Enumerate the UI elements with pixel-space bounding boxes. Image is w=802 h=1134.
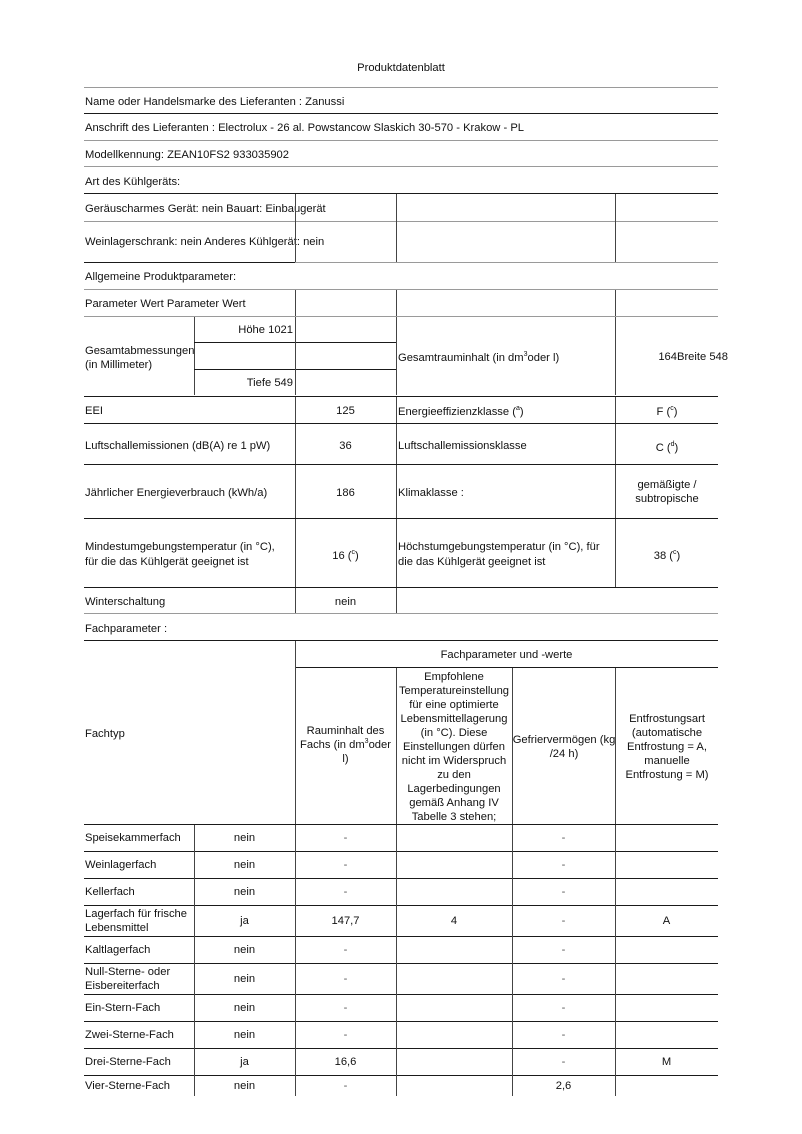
grid-line <box>295 1075 296 1096</box>
energy-class-value: F (c) <box>616 405 718 419</box>
winter-value: nein <box>295 595 396 609</box>
divider <box>84 221 718 222</box>
divider <box>84 640 718 641</box>
grid-line <box>396 317 397 395</box>
grid-line <box>615 936 616 963</box>
grid-line <box>295 851 296 878</box>
table-cell-temp <box>396 936 512 963</box>
table-cell-type: Ein-Stern-Fach <box>85 994 193 1021</box>
table-cell-present: nein <box>194 825 295 851</box>
param-header-row: Parameter Wert Parameter Wert <box>85 297 246 311</box>
col-header-temp: Empfohlene Temperatureinstellung für ein… <box>396 670 512 824</box>
grid-line <box>295 936 296 963</box>
col-header-type: Fachtyp <box>85 727 125 741</box>
table-cell-freeze: - <box>512 851 615 878</box>
grid-line <box>194 1048 195 1075</box>
table-cell-volume: - <box>295 851 396 878</box>
table-cell-freeze: - <box>512 825 615 851</box>
grid-line <box>512 936 513 963</box>
table-cell-volume: - <box>295 825 396 851</box>
noise-label: Luftschallemissionen (dB(A) re 1 pW) <box>85 439 270 453</box>
table-cell-type: Drei-Sterne-Fach <box>85 1048 193 1075</box>
min-temp-value: 16 (c) <box>295 549 396 563</box>
grid-line <box>615 668 616 824</box>
table-cell-temp <box>396 994 512 1021</box>
climate-class-value-2: subtropische <box>616 492 718 506</box>
table-cell-present: ja <box>194 1048 295 1075</box>
appliance-type-row-1: Geräuscharmes Gerät: nein Bauart: Einbau… <box>85 202 326 216</box>
col-header-volume: Rauminhalt des Fachs (in dm3oder l) <box>297 724 394 766</box>
table-cell-defrost: A <box>615 905 718 936</box>
table-cell-present: nein <box>194 1021 295 1048</box>
divider <box>84 193 718 194</box>
grid-line <box>396 194 397 262</box>
table-cell-temp <box>396 963 512 994</box>
grid-line <box>396 963 397 994</box>
grid-line <box>512 668 513 824</box>
table-cell-type: Zwei-Sterne-Fach <box>85 1021 193 1048</box>
grid-line <box>512 905 513 936</box>
divider <box>84 262 295 263</box>
climate-class-value-1: gemäßigte / <box>616 478 718 492</box>
table-cell-temp <box>396 878 512 905</box>
total-volume-label: Gesamtrauminhalt (in dm3oder l) <box>398 351 559 365</box>
noise-value: 36 <box>295 439 396 453</box>
grid-line <box>295 963 296 994</box>
annual-energy-value: 186 <box>295 486 396 500</box>
noise-class-value: C (d) <box>616 441 718 455</box>
grid-line <box>512 1048 513 1075</box>
grid-line <box>295 825 296 851</box>
divider <box>84 140 718 141</box>
table-cell-present: nein <box>194 1075 295 1096</box>
table-cell-volume: - <box>295 1021 396 1048</box>
grid-line <box>295 465 296 518</box>
table-cell-defrost <box>615 963 718 994</box>
energy-class-label: Energieeffizienzklasse (a) <box>398 405 524 419</box>
grid-line <box>615 465 616 518</box>
min-temp-label-1: Mindestumgebungstemperatur (in °C), <box>85 540 275 554</box>
table-cell-freeze: 2,6 <box>512 1075 615 1096</box>
col-header-freeze: Gefriervermögen (kg /24 h) <box>512 733 616 761</box>
total-volume-value: 164Breite 548 <box>616 350 728 364</box>
table-cell-volume: - <box>295 994 396 1021</box>
table-cell-defrost <box>615 825 718 851</box>
eei-label: EEI <box>85 404 103 418</box>
table-cell-defrost <box>615 1075 718 1096</box>
table-cell-defrost: M <box>615 1048 718 1075</box>
table-cell-temp <box>396 1075 512 1096</box>
table-cell-present: nein <box>194 878 295 905</box>
table-cell-present: nein <box>194 851 295 878</box>
grid-line <box>615 397 616 424</box>
grid-line <box>615 424 616 465</box>
table-cell-defrost <box>615 878 718 905</box>
table-cell-temp <box>396 1048 512 1075</box>
grid-line <box>295 878 296 905</box>
grid-line <box>396 1075 397 1096</box>
grid-line <box>194 905 195 936</box>
grid-line <box>295 424 296 465</box>
grid-line <box>194 1075 195 1096</box>
supplier-address: Anschrift des Lieferanten : Electrolux -… <box>85 121 524 135</box>
table-cell-type: Kellerfach <box>85 878 193 905</box>
table-cell-volume: 147,7 <box>295 905 396 936</box>
dimension-depth: Tiefe 549 <box>194 376 293 390</box>
table-cell-temp <box>396 851 512 878</box>
grid-line <box>615 290 616 316</box>
grid-line <box>615 905 616 936</box>
table-cell-present: nein <box>194 936 295 963</box>
divider <box>84 518 718 519</box>
grid-line <box>194 1021 195 1048</box>
appliance-type-heading: Art des Kühlgeräts: <box>85 175 180 189</box>
grid-line <box>295 905 296 936</box>
grid-line <box>512 851 513 878</box>
table-cell-temp <box>396 1021 512 1048</box>
table-cell-defrost <box>615 936 718 963</box>
divider <box>84 113 718 114</box>
table-cell-volume: - <box>295 963 396 994</box>
grid-line <box>396 851 397 878</box>
grid-line <box>396 397 397 424</box>
table-cell-temp <box>396 825 512 851</box>
grid-line <box>615 1048 616 1075</box>
grid-line <box>396 825 397 851</box>
grid-line <box>615 194 616 262</box>
grid-line <box>194 825 195 851</box>
table-cell-type: Weinlagerfach <box>85 851 193 878</box>
grid-line <box>615 878 616 905</box>
grid-line <box>396 588 397 614</box>
grid-line <box>396 1021 397 1048</box>
grid-line <box>295 194 296 262</box>
col-header-defrost: Entfrostungsart (automatische Entfrostun… <box>618 712 716 782</box>
grid-line <box>295 994 296 1021</box>
table-cell-type: Kaltlagerfach <box>85 936 193 963</box>
grid-line <box>295 519 296 587</box>
grid-line <box>512 1021 513 1048</box>
grid-line <box>615 1075 616 1096</box>
table-cell-volume: - <box>295 1075 396 1096</box>
grid-line <box>396 905 397 936</box>
divider <box>295 667 718 668</box>
table-cell-defrost <box>615 851 718 878</box>
grid-line <box>512 994 513 1021</box>
max-temp-value: 38 (c) <box>616 549 718 563</box>
grid-line <box>295 1048 296 1075</box>
noise-class-label: Luftschallemissionsklasse <box>398 439 527 453</box>
divider <box>84 396 718 397</box>
climate-class-label: Klimaklasse : <box>398 486 464 500</box>
grid-line <box>615 851 616 878</box>
divider <box>84 87 718 88</box>
min-temp-label-2: für die das Kühlgerät geeignet ist <box>85 555 249 569</box>
table-cell-freeze: - <box>512 963 615 994</box>
grid-line <box>512 1075 513 1096</box>
table-cell-present: ja <box>194 905 295 936</box>
max-temp-label-2: die das Kühlgerät geeignet ist <box>398 555 545 569</box>
grid-line <box>512 878 513 905</box>
grid-line <box>615 963 616 994</box>
grid-line <box>615 825 616 851</box>
grid-line <box>396 465 397 518</box>
divider <box>84 289 718 290</box>
grid-line <box>194 994 195 1021</box>
grid-line <box>615 1021 616 1048</box>
general-params-heading: Allgemeine Produktparameter: <box>85 270 236 284</box>
supplier-name: Name oder Handelsmarke des Lieferanten :… <box>85 95 344 109</box>
appliance-type-row-2: Weinlagerschrank: nein Anderes Kühlgerät… <box>85 235 324 249</box>
grid-line <box>194 851 195 878</box>
table-cell-defrost <box>615 1021 718 1048</box>
dimensions-label: Gesamtabmessungen (in Millimeter) <box>85 344 195 372</box>
grid-line <box>295 1021 296 1048</box>
table-cell-freeze: - <box>512 1048 615 1075</box>
table-cell-type: Vier-Sterne-Fach <box>85 1075 193 1096</box>
table-cell-present: nein <box>194 963 295 994</box>
grid-line <box>295 290 296 316</box>
table-cell-temp: 4 <box>396 905 512 936</box>
grid-line <box>194 936 195 963</box>
grid-line <box>194 878 195 905</box>
compartments-group-header: Fachparameter und -werte <box>295 648 718 662</box>
grid-line <box>615 519 616 587</box>
divider <box>84 423 718 424</box>
compartments-heading: Fachparameter : <box>85 622 167 636</box>
grid-line <box>396 424 397 465</box>
annual-energy-label: Jährlicher Energieverbrauch (kWh/a) <box>85 486 267 500</box>
grid-line <box>396 936 397 963</box>
model-id: Modellkennung: ZEAN10FS2 933035902 <box>85 148 289 162</box>
table-cell-freeze: - <box>512 994 615 1021</box>
divider <box>84 587 718 588</box>
grid-line <box>396 994 397 1021</box>
divider <box>295 262 718 263</box>
grid-line <box>396 878 397 905</box>
table-cell-freeze: - <box>512 1021 615 1048</box>
divider <box>84 166 718 167</box>
grid-line <box>396 290 397 316</box>
max-temp-label-1: Höchstumgebungstemperatur (in °C), für <box>398 540 600 554</box>
grid-line <box>295 397 296 424</box>
grid-line <box>512 963 513 994</box>
table-cell-freeze: - <box>512 878 615 905</box>
grid-line <box>295 317 296 395</box>
divider <box>84 316 718 317</box>
grid-line <box>396 668 397 824</box>
table-cell-present: nein <box>194 994 295 1021</box>
grid-line <box>396 519 397 587</box>
grid-line <box>194 963 195 994</box>
table-cell-type: Lagerfach für frische Lebensmittel <box>85 905 193 936</box>
grid-line <box>295 641 296 824</box>
grid-line <box>615 994 616 1021</box>
table-cell-volume: - <box>295 936 396 963</box>
grid-line <box>295 588 296 614</box>
divider <box>84 613 718 614</box>
dimension-height: Höhe 1021 <box>194 323 293 337</box>
page-title: Produktdatenblatt <box>84 61 718 75</box>
table-cell-defrost <box>615 994 718 1021</box>
table-cell-freeze: - <box>512 936 615 963</box>
table-cell-type: Null-Sterne- oder Eisbereiterfach <box>85 963 193 994</box>
table-cell-freeze: - <box>512 905 615 936</box>
table-cell-volume: 16,6 <box>295 1048 396 1075</box>
winter-label: Winterschaltung <box>85 595 165 609</box>
divider <box>84 464 718 465</box>
table-cell-volume: - <box>295 878 396 905</box>
grid-line <box>512 825 513 851</box>
grid-line <box>396 1048 397 1075</box>
eei-value: 125 <box>295 404 396 418</box>
table-cell-type: Speisekammerfach <box>85 825 193 851</box>
